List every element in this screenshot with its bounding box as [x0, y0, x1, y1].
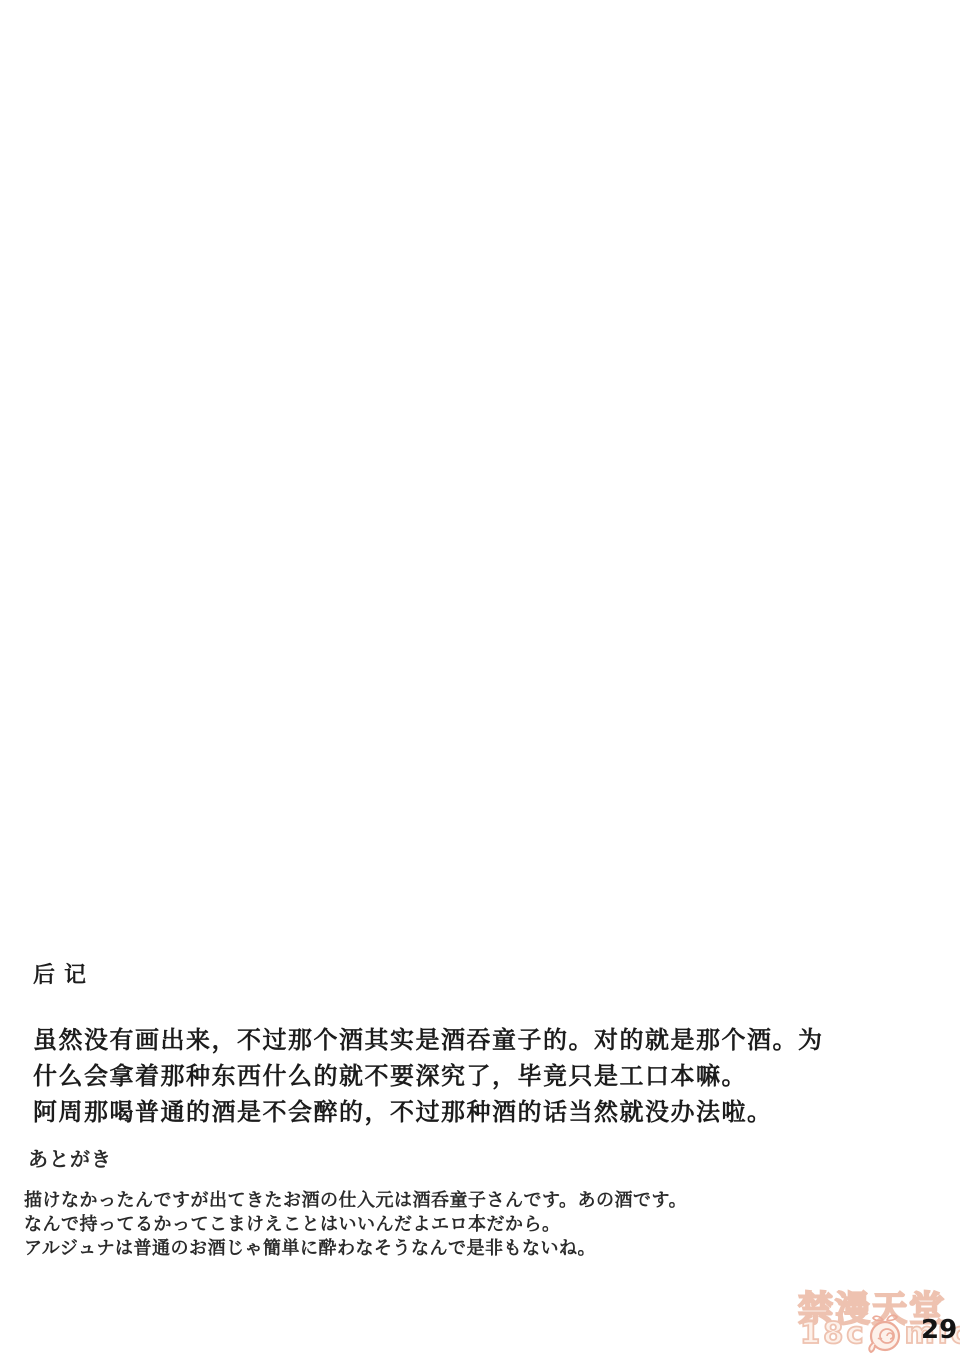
japanese-text-line: 描けなかったんですが出てきたお酒の仕入元は酒呑童子さんです。あの酒です。 — [24, 1189, 687, 1213]
afterword-paragraph-chinese: 虽然没有画出来，不过那个酒其实是酒吞童子的。对的就是那个酒。为 什么会拿着那种东… — [33, 1022, 824, 1130]
afterword-heading-chinese: 后记 — [33, 958, 95, 989]
japanese-text-line: なんで持ってるかってこまけえことはいいんだよエロ本だから。 — [24, 1213, 687, 1237]
watermark-logo-prefix: 18c — [800, 1316, 867, 1350]
chinese-text-line: 虽然没有画出来，不过那个酒其实是酒吞童子的。对的就是那个酒。为 — [33, 1022, 824, 1058]
afterword-page: 后记 虽然没有画出来，不过那个酒其实是酒吞童子的。对的就是那个酒。为 什么会拿着… — [0, 0, 960, 1355]
octopus-icon — [866, 1312, 906, 1354]
afterword-heading-japanese: あとがき — [28, 1143, 112, 1172]
afterword-paragraph-japanese: 描けなかったんですが出てきたお酒の仕入元は酒呑童子さんです。あの酒です。 なんで… — [24, 1189, 687, 1261]
chinese-text-line: 什么会拿着那种东西什么的就不要深究了，毕竟只是工口本嘛。 — [33, 1058, 824, 1094]
japanese-text-line: アルジュナは普通のお酒じゃ簡単に酔わなそうなんで是非もないね。 — [24, 1237, 687, 1261]
page-number: 29 — [921, 1315, 957, 1345]
chinese-text-line: 阿周那喝普通的酒是不会醉的，不过那种酒的话当然就没办法啦。 — [33, 1094, 824, 1130]
